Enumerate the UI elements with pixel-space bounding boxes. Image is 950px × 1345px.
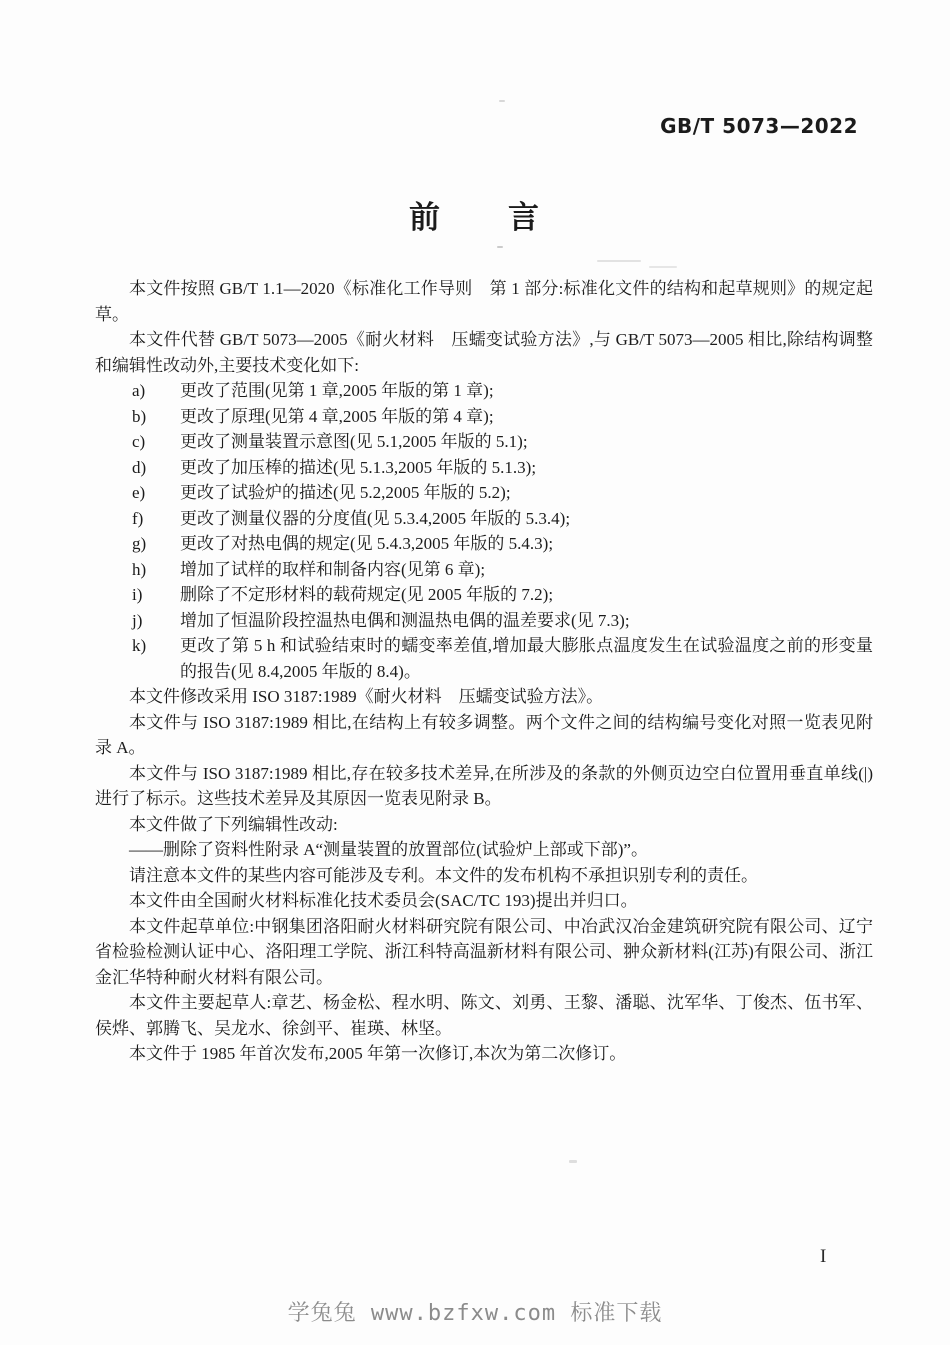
list-item-text: 更改了测量仪器的分度值(见 5.3.4,2005 年版的 5.3.4); [180, 509, 570, 528]
scan-artifact [499, 100, 505, 102]
list-item-text: 更改了原理(见第 4 章,2005 年版的第 4 章); [180, 407, 494, 426]
standard-code: GB/T 5073—2022 [660, 114, 858, 138]
list-item-text: 更改了对热电偶的规定(见 5.4.3,2005 年版的 5.4.3); [180, 534, 553, 553]
list-item: h) 增加了试样的取样和制备内容(见第 6 章); [95, 557, 873, 583]
list-item-text: 更改了第 5 h 和试验结束时的蠕变率差值,增加最大膨胀点温度发生在试验温度之前… [180, 636, 873, 681]
scan-artifact [569, 1160, 577, 1163]
paragraph-drafting-organizations: 本文件起草单位:中钢集团洛阳耐火材料研究院有限公司、中冶武汉冶金建筑研究院有限公… [95, 914, 873, 991]
list-item-label: b) [132, 404, 146, 430]
list-item-text: 更改了测量装置示意图(见 5.1,2005 年版的 5.1); [180, 432, 528, 451]
list-item-label: g) [132, 531, 146, 557]
list-item-label: h) [132, 557, 146, 583]
list-item: d) 更改了加压棒的描述(见 5.1.3,2005 年版的 5.1.3); [95, 455, 873, 481]
page-title: 前 言 [0, 192, 950, 237]
list-item-label: c) [132, 429, 145, 455]
list-item-text: 增加了试样的取样和制备内容(见第 6 章); [180, 560, 485, 579]
paragraph-iso-adoption: 本文件修改采用 ISO 3187:1989《耐火材料 压蠕变试验方法》。 [95, 684, 873, 710]
list-item-text: 更改了范围(见第 1 章,2005 年版的第 1 章); [180, 381, 494, 400]
foreword-body: 本文件按照 GB/T 1.1—2020《标准化工作导则 第 1 部分:标准化文件… [95, 276, 873, 1067]
paragraph-drafting-basis: 本文件按照 GB/T 1.1—2020《标准化工作导则 第 1 部分:标准化文件… [95, 276, 873, 327]
list-item-label: k) [132, 633, 146, 659]
list-item: g) 更改了对热电偶的规定(见 5.4.3,2005 年版的 5.4.3); [95, 531, 873, 557]
list-item-text: 更改了试验炉的描述(见 5.2,2005 年版的 5.2); [180, 483, 511, 502]
list-item-label: i) [132, 582, 142, 608]
page-number: I [820, 1246, 826, 1268]
list-item: c) 更改了测量装置示意图(见 5.1,2005 年版的 5.1); [95, 429, 873, 455]
list-item-label: j) [132, 608, 142, 634]
paragraph-editorial-changes-intro: 本文件做了下列编辑性改动: [95, 812, 873, 838]
list-item-text: 增加了恒温阶段控温热电偶和测温热电偶的温差要求(见 7.3); [180, 611, 630, 630]
list-item: i) 删除了不定形材料的载荷规定(见 2005 年版的 7.2); [95, 582, 873, 608]
changes-list: a) 更改了范围(见第 1 章,2005 年版的第 1 章); b) 更改了原理… [95, 378, 873, 684]
scan-artifact [597, 260, 641, 262]
paragraph-revision-history: 本文件于 1985 年首次发布,2005 年第一次修订,本次为第二次修订。 [95, 1041, 873, 1067]
paragraph-patent-notice: 请注意本文件的某些内容可能涉及专利。本文件的发布机构不承担识别专利的责任。 [95, 863, 873, 889]
list-item-label: a) [132, 378, 145, 404]
list-item-label: d) [132, 455, 146, 481]
list-item-text: 更改了加压棒的描述(见 5.1.3,2005 年版的 5.1.3); [180, 458, 536, 477]
paragraph-editorial-change-item: ——删除了资料性附录 A“测量装置的放置部位(试验炉上部或下部)”。 [95, 837, 873, 863]
scan-artifact [497, 246, 503, 248]
list-item: k) 更改了第 5 h 和试验结束时的蠕变率差值,增加最大膨胀点温度发生在试验温… [95, 633, 873, 684]
list-item: a) 更改了范围(见第 1 章,2005 年版的第 1 章); [95, 378, 873, 404]
paragraph-drafters: 本文件主要起草人:章艺、杨金松、程水明、陈文、刘勇、王黎、潘聪、沈军华、丁俊杰、… [95, 990, 873, 1041]
paragraph-iso-structure-diff: 本文件与 ISO 3187:1989 相比,在结构上有较多调整。两个文件之间的结… [95, 710, 873, 761]
watermark: 学兔兔 www.bzfxw.com 标准下载 [0, 1296, 950, 1327]
paragraph-iso-technical-diff: 本文件与 ISO 3187:1989 相比,存在较多技术差异,在所涉及的条款的外… [95, 761, 873, 812]
list-item: f) 更改了测量仪器的分度值(见 5.3.4,2005 年版的 5.3.4); [95, 506, 873, 532]
list-item-label: e) [132, 480, 145, 506]
list-item: j) 增加了恒温阶段控温热电偶和测温热电偶的温差要求(见 7.3); [95, 608, 873, 634]
list-item-text: 删除了不定形材料的载荷规定(见 2005 年版的 7.2); [180, 585, 553, 604]
scan-artifact [649, 266, 677, 268]
list-item: e) 更改了试验炉的描述(见 5.2,2005 年版的 5.2); [95, 480, 873, 506]
list-item-label: f) [132, 506, 143, 532]
list-item: b) 更改了原理(见第 4 章,2005 年版的第 4 章); [95, 404, 873, 430]
paragraph-replacement-note: 本文件代替 GB/T 5073—2005《耐火材料 压蠕变试验方法》,与 GB/… [95, 327, 873, 378]
paragraph-committee: 本文件由全国耐火材料标准化技术委员会(SAC/TC 193)提出并归口。 [95, 888, 873, 914]
document-page: GB/T 5073—2022 前 言 本文件按照 GB/T 1.1—2020《标… [0, 0, 950, 1345]
